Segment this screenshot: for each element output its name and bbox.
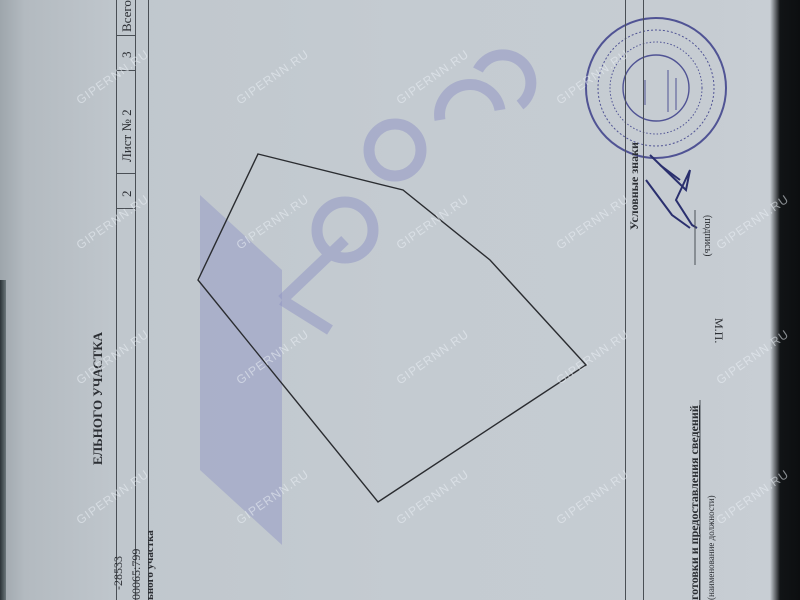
signature xyxy=(646,155,697,228)
legend-label: Условные знаки xyxy=(627,142,642,230)
sheet-label: Лист № 2 xyxy=(119,109,135,162)
table-line xyxy=(643,0,644,600)
registry-number: -28533 xyxy=(111,556,126,600)
official-stamp xyxy=(586,18,726,158)
table-line xyxy=(135,0,136,600)
table-line xyxy=(148,0,149,600)
total-label: Всего xyxy=(119,0,135,32)
cadastral-number: 00065:799 xyxy=(129,549,144,600)
table-line xyxy=(116,0,117,600)
stamp-place: М.П. xyxy=(711,318,726,343)
department-name: готовки и предоставления сведений xyxy=(687,405,702,600)
plot-subtitle: ьного участка xyxy=(144,530,156,600)
signature-caption: (подпись) xyxy=(702,215,713,257)
sheet-value: 2 xyxy=(119,191,135,198)
position-caption: (наименование должности) xyxy=(706,495,716,600)
table-line xyxy=(625,0,626,600)
